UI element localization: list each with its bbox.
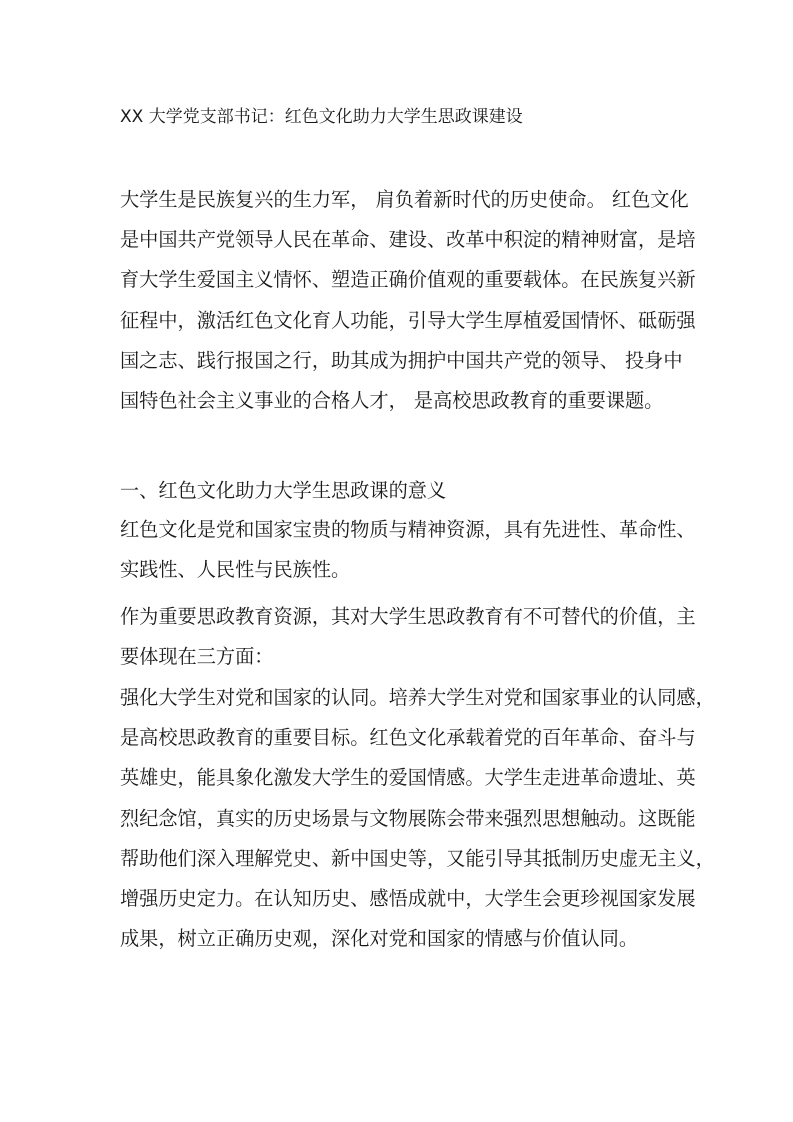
document-title: XX 大学党支部书记：红色文化助力大学生思政课建设 xyxy=(120,104,680,130)
paragraph-line: 红色文化是党和国家宝贵的物质与精神资源，具有先进性、革命性、 xyxy=(120,510,676,550)
paragraph-line: 是高校思政教育的重要目标。红色文化承载着党的百年革命、奋斗与 xyxy=(120,718,676,758)
paragraph-line: 增强历史定力。在认知历史、感悟成就中，大学生会更珍视国家发展 xyxy=(120,879,676,919)
section1-paragraph-3: 强化大学生对党和国家的认同。培养大学生对党和国家事业的认同感， 是高校思政教育的… xyxy=(120,678,676,959)
paragraph-line: 成果，树立正确历史观，深化对党和国家的情感与价值认同。 xyxy=(120,919,676,959)
section1-paragraph-2: 作为重要思政教育资源，其对大学生思政教育有不可替代的价值，主 要体现在三方面： xyxy=(120,597,676,677)
paragraph-line: 国特色社会主义事业的合格人才， 是高校思政教育的重要课题。 xyxy=(120,381,676,421)
paragraph-line: 要体现在三方面： xyxy=(120,637,676,677)
document-page: XX 大学党支部书记：红色文化助力大学生思政课建设 大学生是民族复兴的生力军， … xyxy=(0,0,793,1122)
paragraph-line: 实践性、人民性与民族性。 xyxy=(120,550,676,590)
paragraph-line: 英雄史，能具象化激发大学生的爱国情感。大学生走进革命遗址、英 xyxy=(120,758,676,798)
paragraph-line: 征程中，激活红色文化育人功能，引导大学生厚植爱国情怀、砥砺强 xyxy=(120,301,676,341)
paragraph-line: 大学生是民族复兴的生力军， 肩负着新时代的历史使命。 红色文化 xyxy=(120,180,676,220)
paragraph-line: 国之志、践行报国之行，助其成为拥护中国共产党的领导、 投身中 xyxy=(120,341,676,381)
section-heading: 一、红色文化助力大学生思政课的意义 xyxy=(120,471,676,511)
intro-paragraph: 大学生是民族复兴的生力军， 肩负着新时代的历史使命。 红色文化 是中国共产党领导… xyxy=(120,180,676,421)
paragraph-line: 是中国共产党领导人民在革命、建设、改革中积淀的精神财富，是培 xyxy=(120,220,676,260)
paragraph-line: 帮助他们深入理解党史、新中国史等，又能引导其抵制历史虚无主义， xyxy=(120,839,676,879)
paragraph-line: 强化大学生对党和国家的认同。培养大学生对党和国家事业的认同感， xyxy=(120,678,676,718)
paragraph-line: 作为重要思政教育资源，其对大学生思政教育有不可替代的价值，主 xyxy=(120,597,676,637)
section1-paragraph-1: 红色文化是党和国家宝贵的物质与精神资源，具有先进性、革命性、 实践性、人民性与民… xyxy=(120,510,676,590)
paragraph-line: 烈纪念馆，真实的历史场景与文物展陈会带来强烈思想触动。这既能 xyxy=(120,799,676,839)
paragraph-line: 育大学生爱国主义情怀、塑造正确价值观的重要载体。在民族复兴新 xyxy=(120,260,676,300)
